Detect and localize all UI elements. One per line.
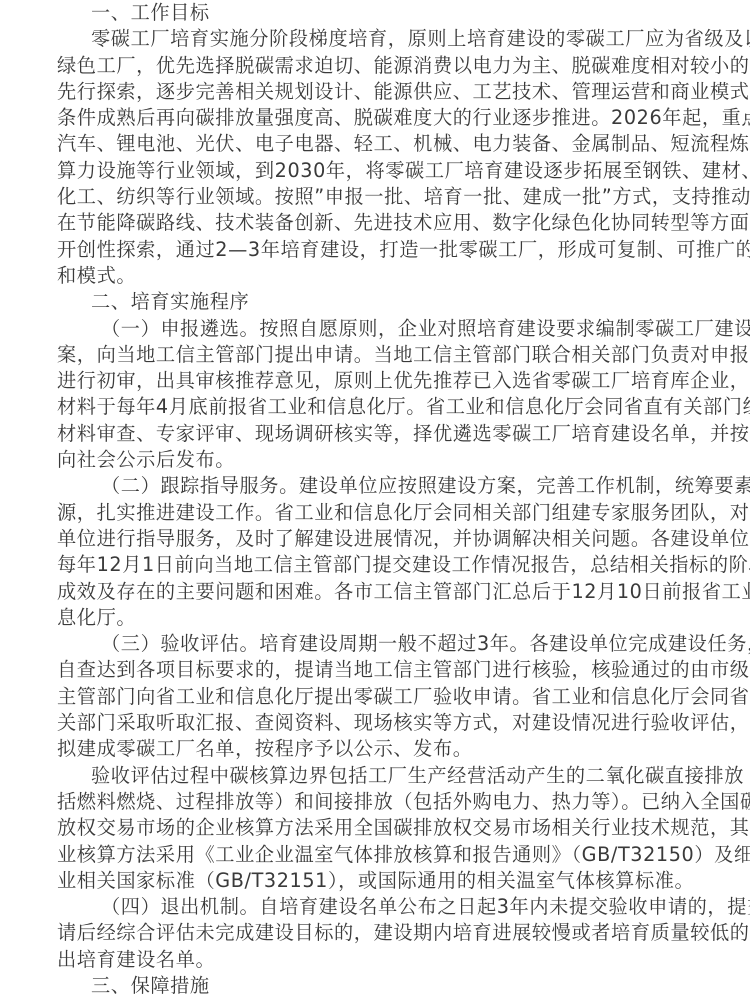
text-line: 案，向当地工信主管部门提出申请。当地工信主管部门联合相关部门负责对申报材料 xyxy=(57,342,697,368)
text-line: 验收评估过程中碳核算边界包括工厂生产经营活动产生的二氧化碳直接排放（包 xyxy=(57,763,697,789)
document-body: 一、工作目标零碳工厂培育实施分阶段梯度培育，原则上培育建设的零碳工厂应为省级及以… xyxy=(57,0,697,911)
text-line: 算力设施等行业领域，到2030年，将零碳工厂培育建设逐步拓展至钢铁、建材、石化 xyxy=(57,158,697,184)
text-line: 绿色工厂，优先选择脱碳需求迫切、能源消费以电力为主、脱碳难度相对较小的行业 xyxy=(57,53,697,79)
text-line: 化工、纺织等行业领域。按照”申报一批、培育一批、建成一批”方式，支持推动企业 xyxy=(57,184,697,210)
text-line: 拟建成零碳工厂名单，按程序予以公示、发布。 xyxy=(57,736,697,762)
text-line: 汽车、锂电池、光伏、电子电器、轻工、机械、电力装备、金属制品、短流程炼钢、 xyxy=(57,131,697,157)
text-line: 材料审查、专家评审、现场调研核实等，择优遴选零碳工厂培育建设名单，并按程序 xyxy=(57,421,697,447)
text-line: 向社会公示后发布。 xyxy=(57,447,697,473)
text-line: 单位进行指导服务，及时了解建设进展情况，并协调解决相关问题。各建设单位应于 xyxy=(57,526,697,552)
text-line: 自查达到各项目标要求的，提请当地工信主管部门进行核验，核验通过的由市级工信 xyxy=(57,657,697,683)
text-line: 和模式。 xyxy=(57,263,697,289)
section-heading: 二、培育实施程序 xyxy=(57,289,697,315)
text-line: 成效及存在的主要问题和困难。各市工信主管部门汇总后于12月10日前报省工业和信 xyxy=(57,579,697,605)
text-line: 放权交易市场的企业核算方法采用全国碳排放权交易市场相关行业技术规范，其他企 xyxy=(57,815,697,841)
text-line: 开创性探索，通过2—3年培育建设，打造一批零碳工厂，形成可复制、可推广的经验 xyxy=(57,237,697,263)
text-line: 息化厅。 xyxy=(57,605,697,631)
text-line: 进行初审，出具审核推荐意见，原则上优先推荐已入选省零碳工厂培育库企业，申报 xyxy=(57,368,697,394)
text-line: 业核算方法采用《工业企业温室气体排放核算和报告通则》（GB/T32150）及细分… xyxy=(57,842,697,868)
text-line: 源，扎实推进建设工作。省工业和信息化厅会同相关部门组建专家服务团队，对建设 xyxy=(57,500,697,526)
text-line: 在节能降碳路线、技术装备创新、先进技术应用、数字化绿色化协同转型等方面进行 xyxy=(57,210,697,236)
text-line: 括燃料燃烧、过程排放等）和间接排放（包括外购电力、热力等）。已纳入全国碳排 xyxy=(57,789,697,815)
text-line: （一）申报遴选。按照自愿原则，企业对照培育建设要求编制零碳工厂建设方 xyxy=(57,316,697,342)
text-line: 条件成熟后再向碳排放量强度高、脱碳难度大的行业逐步推进。2026年起，重点聚焦 xyxy=(57,105,697,131)
text-line: 先行探索，逐步完善相关规划设计、能源供应、工艺技术、管理运营和商业模式，待 xyxy=(57,79,697,105)
text-line: （二）跟踪指导服务。建设单位应按照建设方案，完善工作机制，统筹要素资 xyxy=(57,473,697,499)
text-line: 业相关国家标准（GB/T32151），或国际通用的相关温室气体核算标准。 xyxy=(57,868,697,894)
text-line: 材料于每年4月底前报省工业和信息化厅。省工业和信息化厅会同省直有关部门组织 xyxy=(57,394,697,420)
text-line: （三）验收评估。培育建设周期一般不超过3年。各建设单位完成建设任务，经 xyxy=(57,631,697,657)
section-heading: 一、工作目标 xyxy=(57,0,697,26)
text-line: 零碳工厂培育实施分阶段梯度培育，原则上培育建设的零碳工厂应为省级及以上 xyxy=(57,26,697,52)
text-line: 主管部门向省工业和信息化厅提出零碳工厂验收申请。省工业和信息化厅会同省直有 xyxy=(57,684,697,710)
text-line: 关部门采取听取汇报、查阅资料、现场核实等方式，对建设情况进行验收评估，确定 xyxy=(57,710,697,736)
text-line: 每年12月1日前向当地工信主管部门提交建设工作情况报告，总结相关指标的阶段性 xyxy=(57,552,697,578)
text-line: （四）退出机制。自培育建设名单公布之日起3年内未提交验收申请的，提交申 xyxy=(57,894,697,911)
